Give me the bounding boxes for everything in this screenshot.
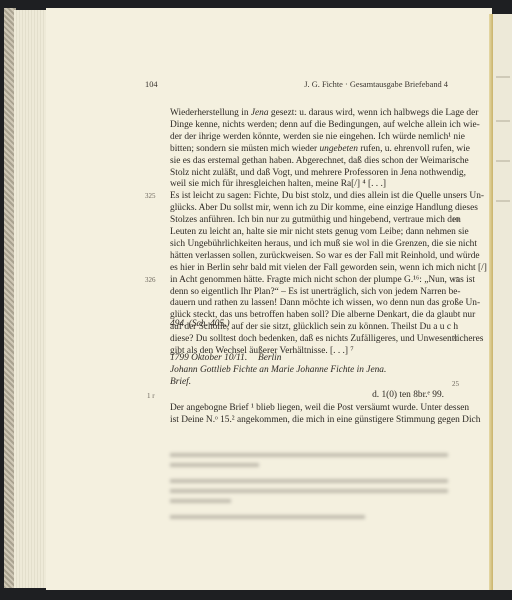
body-text-line: bitten; sondern sie müsten mich wieder u… xyxy=(170,143,448,155)
body-text-line: Dinge kenne, nichts werden; denn auf die… xyxy=(170,119,448,131)
margin-page-reference: 325 xyxy=(145,192,156,200)
body-text-line: in Acht genommen hätte. Fragte mich nich… xyxy=(170,274,448,286)
letter-date: 1799 Oktober 10/11. xyxy=(170,353,247,363)
page-stack-edge xyxy=(14,10,48,588)
letter-type: Brief. xyxy=(170,377,191,387)
letter-sender-recipient: Johann Gottlieb Fichte an Marie Johanne … xyxy=(170,365,386,375)
letter-number: 494. (Sch. 405.) xyxy=(170,319,230,329)
body-text-line: diese? Du solltest doch bedenken, daß es… xyxy=(170,333,448,345)
line-number: 10 xyxy=(452,216,459,224)
body-text-line: Es ist leicht zu sagen: Fichte, Du bist … xyxy=(170,190,448,202)
body-text-line: Stolzes anführen. Ich bin nur zu gutmüth… xyxy=(170,214,448,226)
margin-page-reference: 326 xyxy=(145,276,156,284)
line-number: 20 xyxy=(452,335,459,343)
line-number: 5 xyxy=(452,157,456,165)
facing-page-bleed xyxy=(496,160,510,162)
body-text-line: dauern und rathen zu lassen! Dann möchte… xyxy=(170,297,448,309)
body-text-line: Wiederherstellung in Jena gesezt: u. dar… xyxy=(170,107,448,119)
body-text-line: sich Ungebührlichkeiten heraus, und ich … xyxy=(170,238,448,250)
letter-place: Berlin xyxy=(258,353,281,363)
body-text-line: sie es das erstemal gethan haben. Abgere… xyxy=(170,155,448,167)
running-title: J. G. Fichte · Gesamtausgabe Briefeband … xyxy=(304,80,448,89)
body-text-line: glücks. Aber Du sollst mir, wenn ich zu … xyxy=(170,202,448,214)
body-text-line: hätten verlassen sollen, zurückweisen. S… xyxy=(170,250,448,262)
facing-page xyxy=(493,14,512,590)
facing-page-bleed xyxy=(496,120,510,122)
line-number: 25 xyxy=(452,380,459,388)
body-text-line: denn so eigentlich Ihr Plan?“ – Es ist u… xyxy=(170,286,448,298)
facing-page-bleed xyxy=(496,76,510,78)
letter-text-line: ist Deine N.ᵒ 15.² angekommen, die mich … xyxy=(170,414,448,426)
body-text-line: weil sie mich für ihresgleichen halten, … xyxy=(170,178,448,190)
body-text-line: der der ihrige werden könnte, werden sie… xyxy=(170,131,448,143)
letter-text-line: Der angebogne Brief ¹ blieb liegen, weil… xyxy=(170,402,448,414)
letter-date-line: d. 1(0) ten 8br.ᵉ 99. xyxy=(372,390,444,400)
footnotes-blurred xyxy=(170,453,448,525)
folio-mark: 1 r xyxy=(147,392,155,400)
body-text-line: es hier in Berlin sehr bald mit vielen d… xyxy=(170,262,448,274)
line-number: 15 xyxy=(452,276,459,284)
body-text-line: Leuten zu leicht an, halte sie mir nicht… xyxy=(170,226,448,238)
body-text-line: Stolz nicht zuläßt, und daß Vogt, und me… xyxy=(170,167,448,179)
facing-page-bleed xyxy=(496,200,510,202)
page-number: 104 xyxy=(145,80,158,89)
